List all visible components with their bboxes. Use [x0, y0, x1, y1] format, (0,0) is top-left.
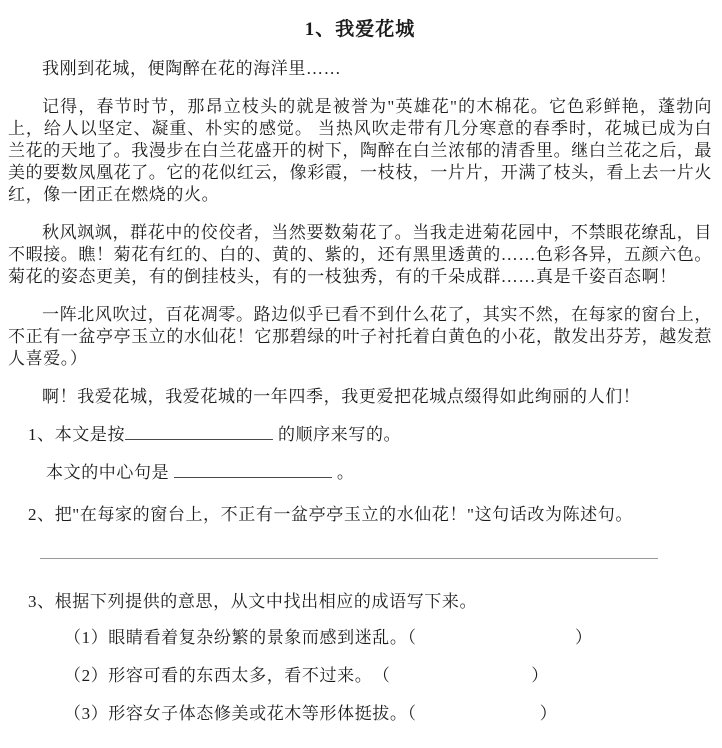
- answer-line: [40, 558, 658, 559]
- worksheet-page: 1、我爱花城 我刚到花城，便陶醉在花的海洋里…… 记得，春节时节，那昂立枝头的就…: [0, 0, 722, 748]
- paragraph-intro: 我刚到花城，便陶醉在花的海洋里……: [8, 58, 712, 80]
- answer-blank: [174, 462, 332, 478]
- question-3-stem: 3、根据下列提供的意思，从文中找出相应的成语写下来。: [28, 591, 712, 613]
- question-1-line: 1、本文是按 的顺序来写的。: [28, 424, 712, 446]
- question-1-prefix: 1、本文是按: [28, 425, 125, 444]
- answer-blank: [125, 424, 273, 440]
- paragraph-closing: 啊！我爱花城，我爱花城的一年四季，我更爱把花城点缀得如此绚丽的人们！: [8, 386, 712, 408]
- question-1-centerline-suffix: 。: [332, 463, 354, 482]
- paragraph-autumn-chrysanthemum: 秋风飒飒，群花中的佼佼者，当然要数菊花了。当我走进菊花园中，不禁眼花缭乱，目不暇…: [8, 222, 712, 288]
- question-3-item-1: （1）眼睛看着复杂纷繁的景象而感到迷乱。（ ）: [64, 627, 712, 649]
- paragraph-winter-narcissus: 一阵北风吹过，百花凋零。路边似乎已看不到什么花了，其实不然，在每家的窗台上，不正…: [8, 304, 712, 370]
- question-1-centerline-prefix: 本文的中心句是: [46, 463, 174, 482]
- question-2-line: 2、把"在每家的窗台上，不正有一盆亭亭玉立的水仙花！"这句话改为陈述句。: [28, 504, 712, 526]
- question-3-item-3: （3）形容女子体态修美或花木等形体挺拔。（ ）: [64, 703, 712, 725]
- question-1-centerline: 本文的中心句是 。: [46, 462, 712, 484]
- question-3-item-2: （2）形容可看的东西太多，看不过来。 （ ）: [64, 665, 712, 687]
- question-1-suffix: 的顺序来写的。: [273, 425, 401, 444]
- document-title: 1、我爱花城: [8, 18, 712, 42]
- paragraph-spring-flowers: 记得，春节时节，那昂立枝头的就是被誉为"英雄花"的木棉花。它色彩鲜艳，蓬勃向上，…: [8, 96, 712, 206]
